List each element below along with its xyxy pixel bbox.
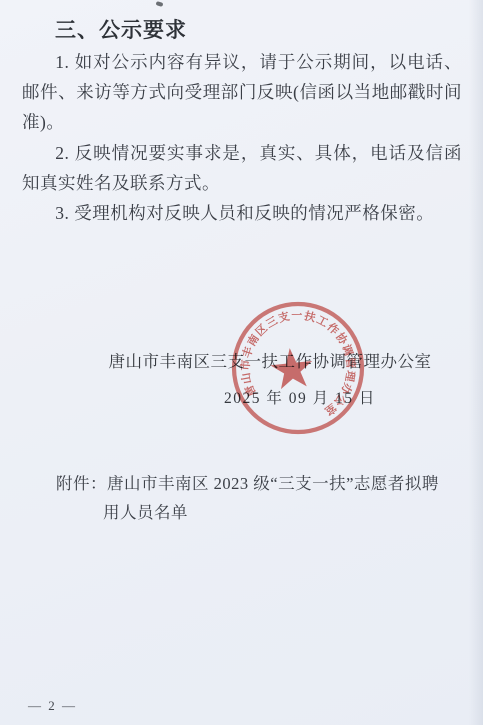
- paragraph-1-line-3: 准)。: [22, 107, 462, 137]
- paragraph-3-line-1: 3. 受理机构对反映人员和反映的情况严格保密。: [22, 198, 462, 228]
- section-heading: 三、公示要求: [55, 14, 187, 44]
- scan-artifact-speck: [156, 1, 164, 7]
- official-seal-stamp: 唐山市丰南区三支一扶工作协调管理办公室: [226, 296, 370, 440]
- document-body: 1. 如对公示内容有异议，请于公示期间，以电话、信函、 邮件、来访等方式向受理部…: [22, 47, 462, 228]
- paragraph-1-line-1: 1. 如对公示内容有异议，请于公示期间，以电话、信函、: [22, 47, 462, 77]
- attachment-line-2: 用人员名单: [103, 498, 451, 527]
- paragraph-2-line-1: 2. 反映情况要实事求是，真实、具体，电话及信函应告: [22, 138, 462, 168]
- seal-star-icon: [269, 346, 315, 390]
- scan-edge-shading: [469, 0, 483, 725]
- paragraph-1-line-2: 邮件、来访等方式向受理部门反映(信函以当地邮戳时间为: [22, 77, 462, 107]
- seal-ring-group: 唐山市丰南区三支一扶工作协调管理办公室: [226, 296, 370, 440]
- scanned-document-page: 三、公示要求 1. 如对公示内容有异议，请于公示期间，以电话、信函、 邮件、来访…: [0, 0, 483, 725]
- attachment-line-1: 附件：唐山市丰南区 2023 级“三支一扶”志愿者拟聘: [56, 469, 451, 498]
- attachment-note: 附件：唐山市丰南区 2023 级“三支一扶”志愿者拟聘 用人员名单: [56, 469, 451, 527]
- page-number: — 2 —: [28, 698, 77, 714]
- paragraph-2-line-2: 知真实姓名及联系方式。: [22, 168, 462, 198]
